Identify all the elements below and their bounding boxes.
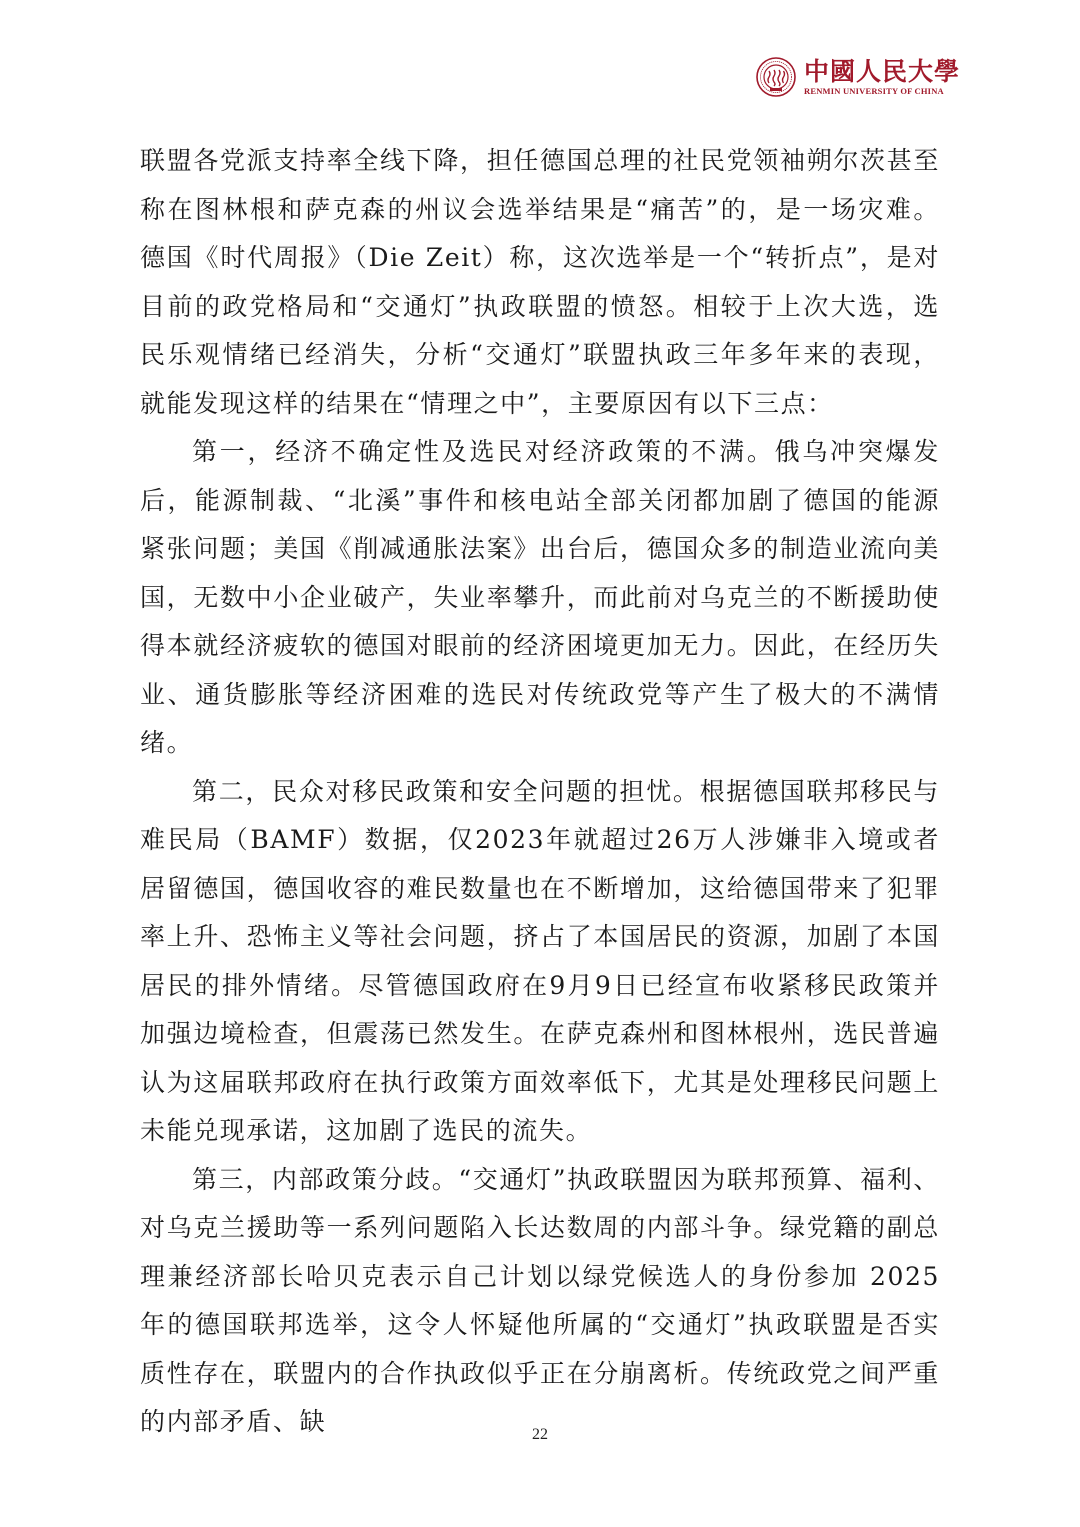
paragraph-reason-three: 第三，内部政策分歧。“交通灯”执政联盟因为联邦预算、福利、对乌克兰援助等一系列问… <box>140 1156 940 1447</box>
paragraph-reason-one: 第一，经济不确定性及选民对经济政策的不满。俄乌冲突爆发后，能源制裁、“北溪”事件… <box>140 428 940 768</box>
paragraph-continuation: 联盟各党派支持率全线下降，担任德国总理的社民党领袖朔尔茨甚至称在图林根和萨克森的… <box>140 137 940 428</box>
university-logo: 中國人民大學 RENMIN UNIVERSITY OF CHINA <box>756 54 960 100</box>
page-number: 22 <box>0 1426 1080 1444</box>
university-seal-icon <box>756 57 796 97</box>
university-name-cn: 中國人民大學 <box>804 58 960 86</box>
logo-text: 中國人民大學 RENMIN UNIVERSITY OF CHINA <box>804 58 960 96</box>
document-body: 联盟各党派支持率全线下降，担任德国总理的社民党领袖朔尔茨甚至称在图林根和萨克森的… <box>140 137 940 1447</box>
paragraph-reason-two: 第二，民众对移民政策和安全问题的担忧。根据德国联邦移民与难民局（BAMF）数据，… <box>140 768 940 1156</box>
university-name-en: RENMIN UNIVERSITY OF CHINA <box>804 86 960 96</box>
